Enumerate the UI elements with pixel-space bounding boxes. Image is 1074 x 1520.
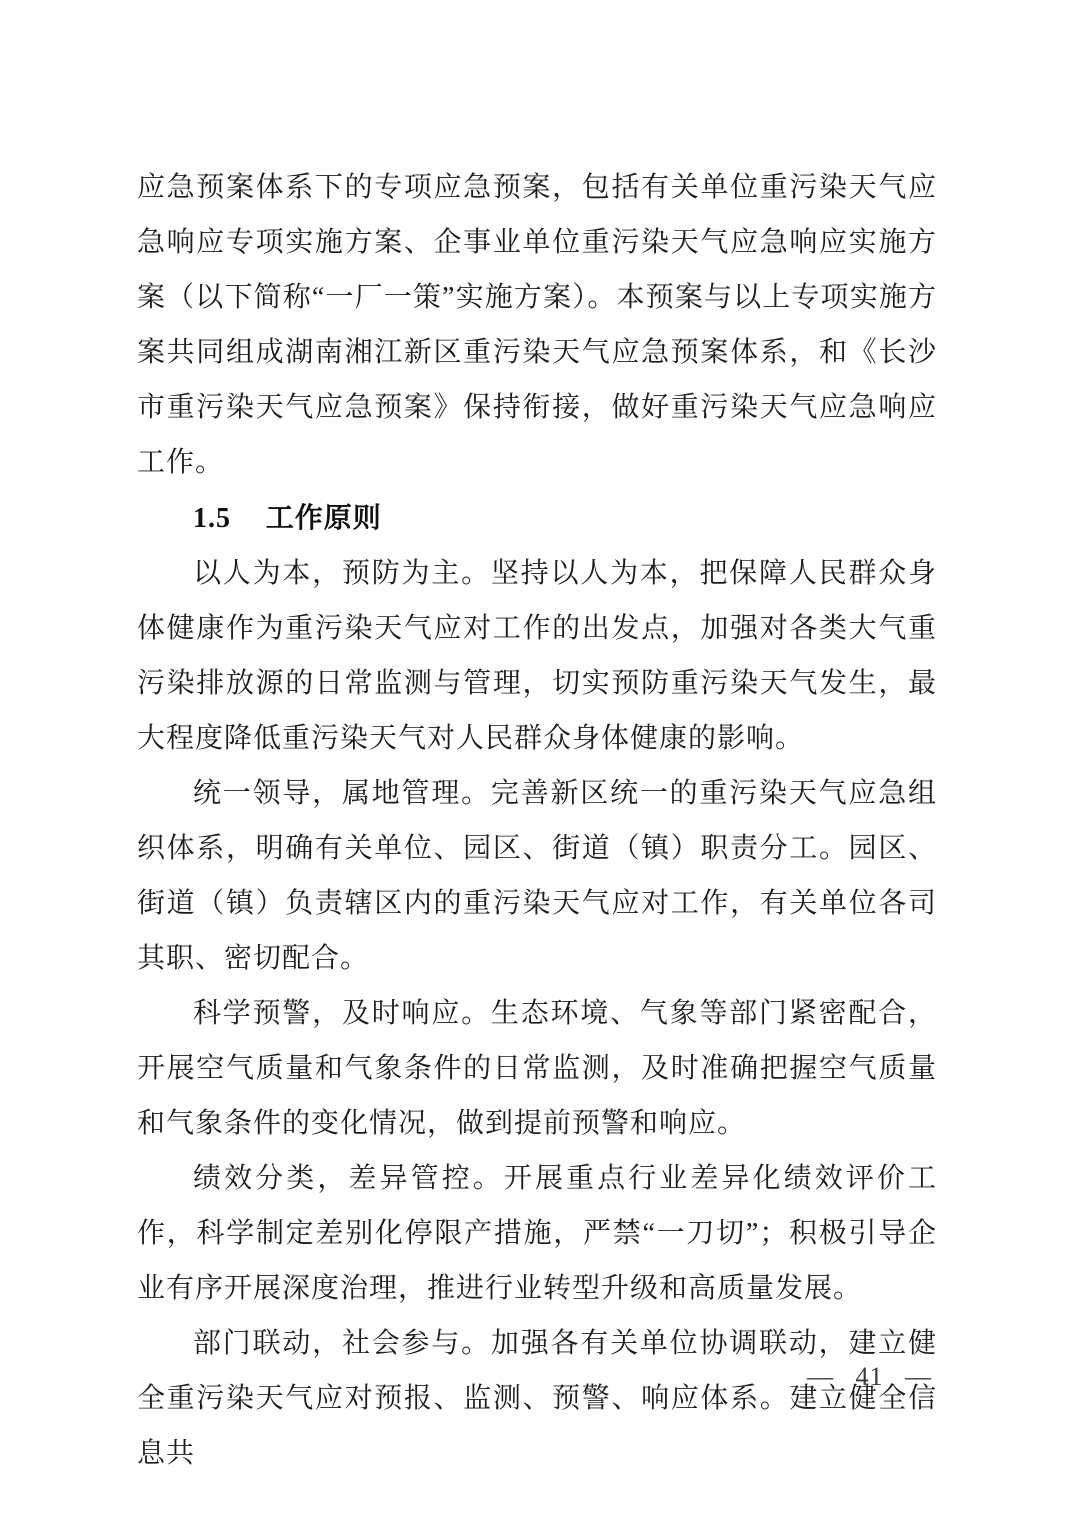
section-number: 1.5	[193, 503, 231, 534]
document-page: 应急预案体系下的专项应急预案，包括有关单位重污染天气应急响应专项实施方案、企事业…	[0, 0, 1074, 1520]
paragraph: 部门联动，社会参与。加强各有关单位协调联动，建立健全重污染天气应对预报、监测、预…	[137, 1316, 937, 1481]
paragraph: 以人为本，预防为主。坚持以人为本，把保障人民群众身体健康作为重污染天气应对工作的…	[137, 546, 937, 766]
section-heading: 1.5 工作原则	[137, 490, 937, 546]
page-footer: — 41 —	[807, 1362, 932, 1392]
paragraph: 科学预警，及时响应。生态环境、气象等部门紧密配合，开展空气质量和气象条件的日常监…	[137, 986, 937, 1151]
paragraph-continuation: 应急预案体系下的专项应急预案，包括有关单位重污染天气应急响应专项实施方案、企事业…	[137, 160, 937, 490]
document-body: 应急预案体系下的专项应急预案，包括有关单位重污染天气应急响应专项实施方案、企事业…	[137, 160, 937, 1481]
paragraph: 绩效分类，差异管控。开展重点行业差异化绩效评价工作，科学制定差别化停限产措施，严…	[137, 1151, 937, 1316]
page-number: — 41 —	[807, 1362, 932, 1391]
section-title: 工作原则	[266, 502, 382, 533]
paragraph: 统一领导，属地管理。完善新区统一的重污染天气应急组织体系，明确有关单位、园区、街…	[137, 766, 937, 986]
